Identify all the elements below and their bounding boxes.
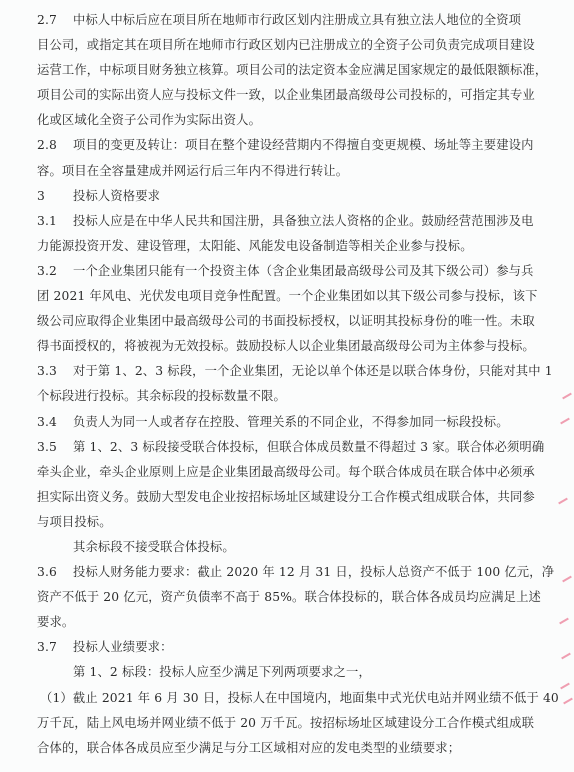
text-line: 合体的，联合体各成员应至少满足与分工区域相对应的发电类型的业绩要求；	[37, 736, 482, 761]
line-text: 万千瓦，陆上风电场并网业绩不低于 20 万千瓦。按招标场址区域建设分工合作模式组…	[37, 716, 534, 730]
clause-number: 3.3	[37, 359, 73, 384]
text-line: 目公司，或指定其在项目所在地师市行政区划内已注册成立的全资子公司负责完成项目建设	[37, 33, 482, 58]
line-text: 牵头企业，牵头企业原则上应是企业集团最高级母公司。每个联合体成员在联合体中必须承	[37, 465, 535, 479]
line-text: 担实际出资义务。鼓励大型发电企业按招标场址区域建设分工合作模式组成联合体，共同参	[37, 490, 535, 504]
line-text: 其余标段不接受联合体投标。	[73, 540, 235, 554]
text-line: 要求。	[37, 610, 482, 635]
text-line: 力能源投资开发、建设管理，太阳能、风能发电设备制造等相关企业参与投标。	[37, 234, 482, 259]
clause-line: 3.3对于第 1、2、3 标段，一个企业集团，无论以单个体还是以联合体身份，只能…	[37, 359, 482, 384]
text-line: 第 1、2 标段：投标人应至少满足下列两项要求之一，	[37, 660, 482, 685]
line-text: 投标人业绩要求：	[73, 640, 173, 654]
line-text: 第 1、2、3 标段接受联合体投标，但联合体成员数量不得超过 3 家。联合体必须…	[73, 440, 544, 454]
clause-number: 2.7	[37, 8, 73, 33]
clause-line: 3投标人资格要求	[37, 184, 482, 209]
clause-line: 3.6投标人财务能力要求：截止 2020 年 12 月 31 日，投标人总资产不…	[37, 560, 482, 585]
clause-line: 2.7中标人中标后应在项目所在地师市行政区划内注册成立具有独立法人地位的全资项	[37, 8, 482, 33]
text-line: 团 2021 年风电、光伏发电项目竞争性配置。一个企业集团如以其下级公司参与投标…	[37, 284, 482, 309]
text-line: （1）截止 2021 年 6 月 30 日，投标人在中国境内，地面集中式光伏电站…	[37, 686, 482, 711]
document-page: 2.7中标人中标后应在项目所在地师市行政区划内注册成立具有独立法人地位的全资项目…	[37, 8, 482, 761]
text-line: 牵头企业，牵头企业原则上应是企业集团最高级母公司。每个联合体成员在联合体中必须承	[37, 460, 482, 485]
text-line: 其余标段不接受联合体投标。	[37, 535, 482, 560]
text-line: 得书面授权的，将被视为无效投标。鼓励投标人以企业集团最高级母公司为主体参与投标。	[37, 334, 482, 359]
text-line: 项目公司的实际出资人应与投标文件一致，以企业集团最高级母公司投标的，可指定其专业	[37, 83, 482, 108]
line-text: 运营工作，中标项目财务独立核算。项目公司的法定资本金应满足国家规定的最低限额标准…	[37, 63, 547, 77]
clause-line: 3.1投标人应是在中华人民共和国注册，具备独立法人资格的企业。鼓励经营范围涉及电	[37, 209, 482, 234]
line-text: 目公司，或指定其在项目所在地师市行政区划内已注册成立的全资子公司负责完成项目建设	[37, 38, 535, 52]
clause-line: 3.7投标人业绩要求：	[37, 635, 482, 660]
line-text: 团 2021 年风电、光伏发电项目竞争性配置。一个企业集团如以其下级公司参与投标…	[37, 289, 538, 303]
clause-number: 3.2	[37, 259, 73, 284]
text-line: 运营工作，中标项目财务独立核算。项目公司的法定资本金应满足国家规定的最低限额标准…	[37, 58, 482, 83]
text-line: 担实际出资义务。鼓励大型发电企业按招标场址区域建设分工合作模式组成联合体，共同参	[37, 485, 482, 510]
line-text: 化或区域化全资子公司作为实际出资人。	[37, 113, 261, 127]
line-text: 项目公司的实际出资人应与投标文件一致，以企业集团最高级母公司投标的，可指定其专业	[37, 88, 535, 102]
text-line: 资产不低于 20 亿元，资产负债率不高于 85%。联合体投标的，联合体各成员均应…	[37, 585, 482, 610]
line-text: 得书面授权的，将被视为无效投标。鼓励投标人以企业集团最高级母公司为主体参与投标。	[37, 339, 535, 353]
clause-number: 3.4	[37, 410, 73, 435]
line-text: 投标人资格要求	[73, 189, 160, 203]
line-text: 对于第 1、2、3 标段，一个企业集团，无论以单个体还是以联合体身份，只能对其中…	[73, 364, 553, 378]
clause-line: 3.4负责人为同一人或者存在控股、管理关系的不同企业，不得参加同一标段投标。	[37, 410, 482, 435]
line-text: 个标段进行投标。其余标段的投标数量不限。	[37, 389, 286, 403]
clause-line: 3.5第 1、2、3 标段接受联合体投标，但联合体成员数量不得超过 3 家。联合…	[37, 435, 482, 460]
line-text: 与项目投标。	[37, 515, 112, 529]
text-line: 个标段进行投标。其余标段的投标数量不限。	[37, 384, 482, 409]
text-line: 与项目投标。	[37, 510, 482, 535]
line-text: 项目的变更及转让：项目在整个建设经营期内不得擅自变更规模、场址等主要建设内	[73, 138, 534, 152]
clause-line: 2.8项目的变更及转让：项目在整个建设经营期内不得擅自变更规模、场址等主要建设内	[37, 133, 482, 158]
clause-number: 3	[37, 184, 73, 209]
line-text: （1）截止 2021 年 6 月 30 日，投标人在中国境内，地面集中式光伏电站…	[40, 691, 559, 705]
text-line: 化或区域化全资子公司作为实际出资人。	[37, 108, 482, 133]
line-text: 级公司应取得企业集团中最高级母公司的书面投标授权，以证明其投标身份的唯一性。未取	[37, 314, 535, 328]
line-text: 一个企业集团只能有一个投资主体（含企业集团最高级母公司及其下级公司）参与兵	[73, 264, 534, 278]
line-text: 合体的，联合体各成员应至少满足与分工区域相对应的发电类型的业绩要求；	[37, 741, 460, 755]
clause-number: 3.7	[37, 635, 73, 660]
line-text: 投标人财务能力要求：截止 2020 年 12 月 31 日，投标人总资产不低于 …	[73, 565, 554, 579]
line-text: 力能源投资开发、建设管理，太阳能、风能发电设备制造等相关企业参与投标。	[37, 239, 473, 253]
line-text: 容。项目在全容量建成并网运行后三年内不得进行转让。	[37, 164, 348, 178]
text-line: 万千瓦，陆上风电场并网业绩不低于 20 万千瓦。按招标场址区域建设分工合作模式组…	[37, 711, 482, 736]
text-line: 级公司应取得企业集团中最高级母公司的书面投标授权，以证明其投标身份的唯一性。未取	[37, 309, 482, 334]
line-text: 负责人为同一人或者存在控股、管理关系的不同企业，不得参加同一标段投标。	[73, 415, 509, 429]
line-text: 中标人中标后应在项目所在地师市行政区划内注册成立具有独立法人地位的全资项	[73, 13, 521, 27]
line-text: 第 1、2 标段：投标人应至少满足下列两项要求之一，	[73, 665, 371, 679]
clause-number: 2.8	[37, 133, 73, 158]
line-text: 资产不低于 20 亿元，资产负债率不高于 85%。联合体投标的，联合体各成员均应…	[37, 590, 541, 604]
line-text: 要求。	[37, 615, 74, 629]
clause-number: 3.5	[37, 435, 73, 460]
line-text: 投标人应是在中华人民共和国注册，具备独立法人资格的企业。鼓励经营范围涉及电	[73, 214, 534, 228]
clause-number: 3.1	[37, 209, 73, 234]
text-line: 容。项目在全容量建成并网运行后三年内不得进行转让。	[37, 159, 482, 184]
clause-number: 3.6	[37, 560, 73, 585]
clause-line: 3.2一个企业集团只能有一个投资主体（含企业集团最高级母公司及其下级公司）参与兵	[37, 259, 482, 284]
